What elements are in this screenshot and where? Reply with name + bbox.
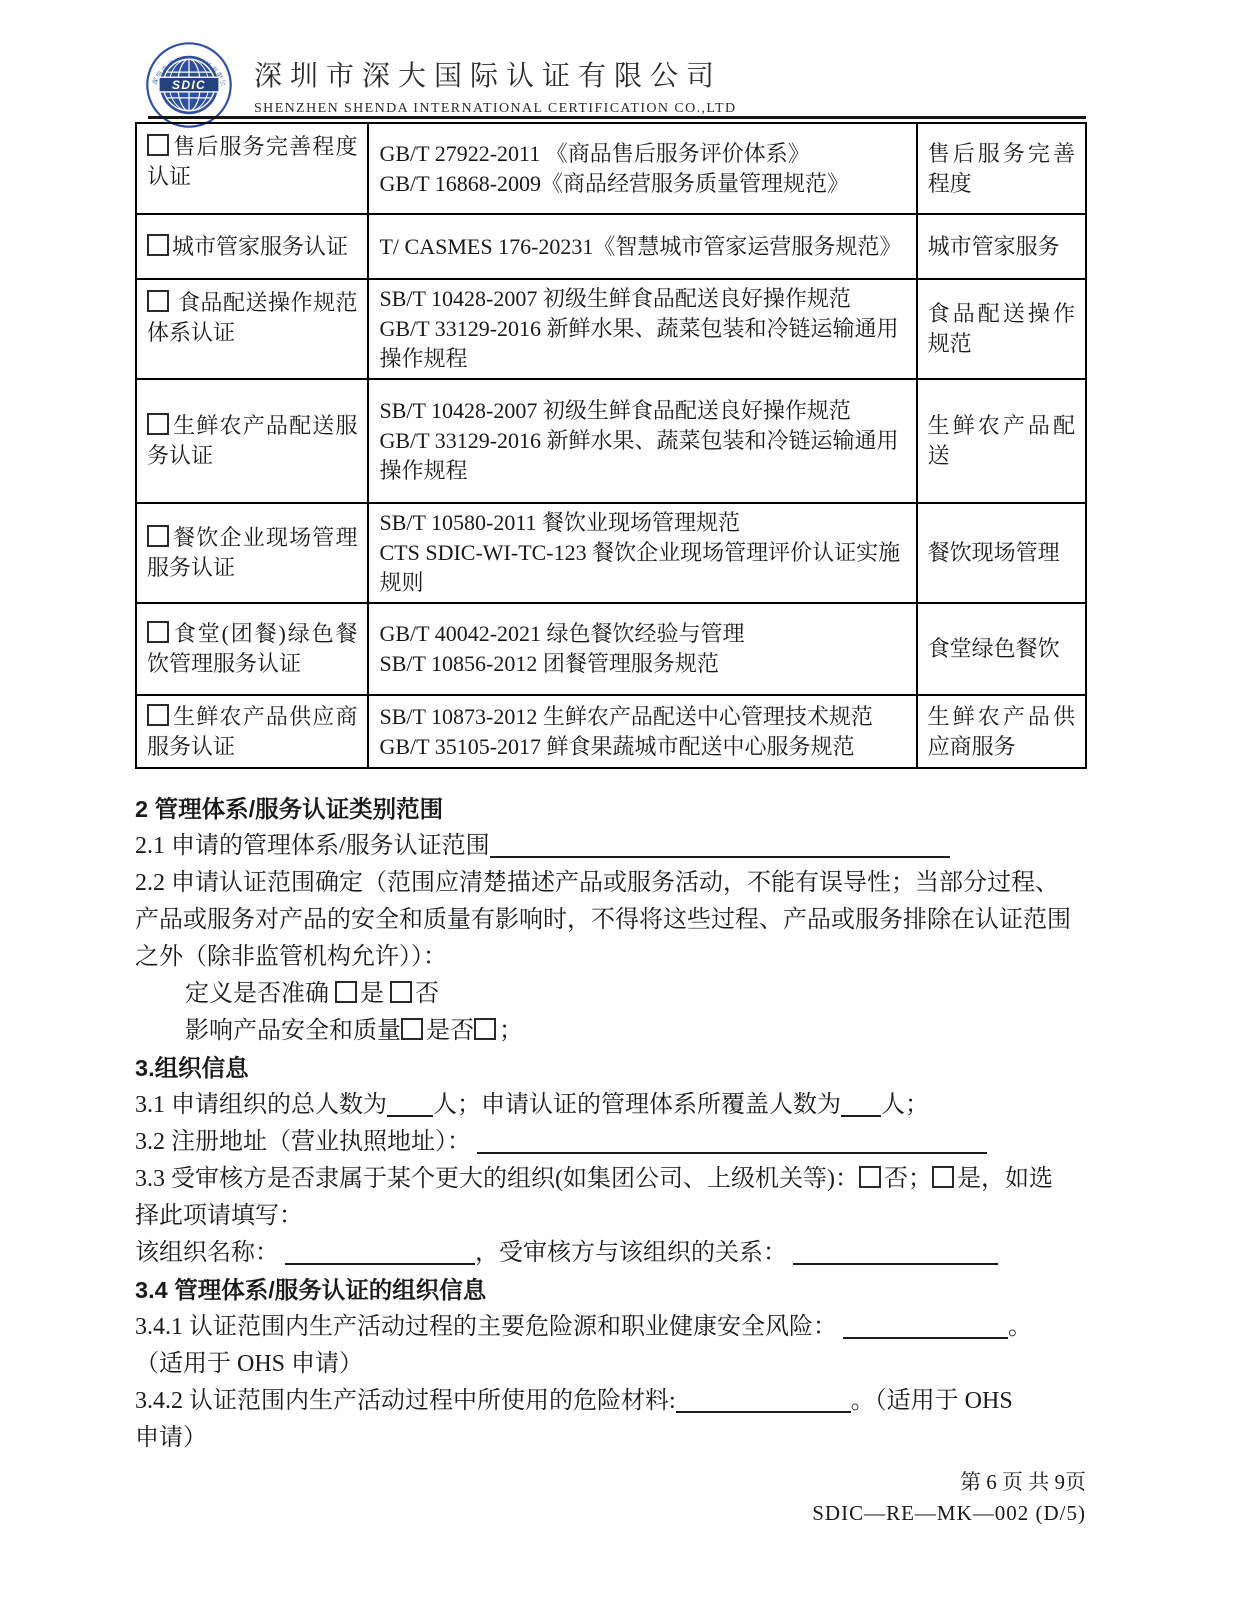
- category-label: 食堂(团餐)绿色餐饮管理服务认证: [147, 621, 357, 676]
- line-definition-accurate: 定义是否准确 是 否: [135, 976, 1088, 1013]
- category-label: 生鲜农产品供应商服务认证: [147, 704, 357, 759]
- category-label: 城市管家服务认证: [172, 234, 348, 259]
- category-cell: 城市管家服务认证: [136, 214, 368, 279]
- line-3-4-1a: 3.4.1 认证范围内生产活动过程的主要危险源和职业健康安全风险： 。: [135, 1309, 1088, 1346]
- document-content: 售后服务完善程度认证GB/T 27922-2011 《商品售后服务评价体系》GB…: [135, 122, 1088, 1529]
- text-segment: 3.3 受审核方是否隶属于某个更大的组织(如集团公司、上级机关等)：: [135, 1166, 859, 1192]
- scope-cell: 食堂绿色餐饮: [917, 603, 1086, 695]
- impact-no-checkbox[interactable]: [474, 1018, 496, 1040]
- cert-table-body: 售后服务完善程度认证GB/T 27922-2011 《商品售后服务评价体系》GB…: [136, 123, 1086, 768]
- standards-cell: GB/T 40042-2021 绿色餐饮经验与管理SB/T 10856-2012…: [368, 603, 916, 695]
- text-segment: 否；: [884, 1166, 932, 1192]
- row-checkbox[interactable]: [147, 704, 169, 726]
- standard-line: SB/T 10580-2011 餐饮业现场管理规范: [379, 508, 905, 538]
- line-3-3-1: 3.3 受审核方是否隶属于某个更大的组织(如集团公司、上级机关等)：否；是，如选: [135, 1161, 1088, 1198]
- blank-field[interactable]: [490, 834, 950, 858]
- category-cell: 生鲜农产品供应商服务认证: [136, 695, 368, 768]
- text-segment: 申请）: [135, 1425, 207, 1451]
- text-segment: 3.1 申请组织的总人数为: [135, 1092, 387, 1118]
- table-row: 生鲜农产品配送服务认证SB/T 10428-2007 初级生鲜食品配送良好操作规…: [136, 379, 1086, 503]
- category-cell: 售后服务完善程度认证: [136, 123, 368, 214]
- line-3-2: 3.2 注册地址（营业执照地址）：: [135, 1124, 1088, 1161]
- text-segment: 否: [415, 981, 439, 1007]
- row-checkbox[interactable]: [147, 234, 169, 256]
- standards-cell: SB/T 10428-2007 初级生鲜食品配送良好操作规范GB/T 33129…: [368, 279, 916, 379]
- scope-label: 城市管家服务: [928, 234, 1060, 259]
- text-segment: 3.4 管理体系/服务认证的组织信息: [135, 1277, 486, 1303]
- category-label: 食品配送操作规范体系认证: [147, 290, 357, 345]
- scope-cell: 售后服务完善程度: [917, 123, 1086, 214]
- text-segment: 3.4.1 认证范围内生产活动过程的主要危险源和职业健康安全风险：: [135, 1314, 843, 1340]
- impact-yes-checkbox[interactable]: [401, 1018, 423, 1040]
- category-label: 生鲜农产品配送服务认证: [147, 413, 357, 468]
- blank-field[interactable]: [387, 1093, 433, 1117]
- standard-line: GB/T 33129-2016 新鲜水果、蔬菜包装和冷链运输通用操作规程: [379, 314, 905, 374]
- line-3-4-2b: 申请）: [135, 1420, 1088, 1457]
- line-2-2-3: 之外（除非监管机构允许））：: [135, 939, 1088, 976]
- row-checkbox[interactable]: [147, 134, 169, 156]
- table-row: 食品配送操作规范体系认证SB/T 10428-2007 初级生鲜食品配送良好操作…: [136, 279, 1086, 379]
- section-3-heading: 3.组织信息: [135, 1050, 1088, 1087]
- document-page: 深圳市深大国际认证有限公司 SDIC 深圳市深大国际认证有限公司 SHENZHE…: [0, 0, 1236, 1600]
- scope-label: 售后服务完善程度: [928, 141, 1075, 196]
- section-3-4-heading: 3.4 管理体系/服务认证的组织信息: [135, 1272, 1088, 1309]
- standards-cell: GB/T 27922-2011 《商品售后服务评价体系》GB/T 16868-2…: [368, 123, 916, 214]
- table-row: 餐饮企业现场管理服务认证SB/T 10580-2011 餐饮业现场管理规范CTS…: [136, 503, 1086, 603]
- scope-label: 餐饮现场管理: [928, 540, 1060, 565]
- scope-label: 生鲜农产品供应商服务: [928, 704, 1075, 759]
- standards-cell: SB/T 10428-2007 初级生鲜食品配送良好操作规范GB/T 33129…: [368, 379, 916, 503]
- table-row: 城市管家服务认证T/ CASMES 176-20231《智慧城市管家运营服务规范…: [136, 214, 1086, 279]
- line-2-2-1: 2.2 申请认证范围确定（范围应清楚描述产品或服务活动，不能有误导性；当部分过程…: [135, 865, 1088, 902]
- scope-cell: 城市管家服务: [917, 214, 1086, 279]
- standard-line: GB/T 40042-2021 绿色餐饮经验与管理: [379, 619, 905, 649]
- blank-field[interactable]: [841, 1093, 881, 1117]
- text-segment: 产品或服务对产品的安全和质量有影响时，不得将这些过程、产品或服务排除在认证范围: [135, 907, 1071, 933]
- text-segment: 定义是否准确: [185, 981, 335, 1007]
- scope-cell: 生鲜农产品配送: [917, 379, 1086, 503]
- line-org-name: 该组织名称： ，受审核方与该组织的关系：: [135, 1235, 1088, 1272]
- line-3-4-1b: （适用于 OHS 申请）: [135, 1346, 1088, 1383]
- scope-cell: 食品配送操作规范: [917, 279, 1086, 379]
- line-2-1: 2.1 申请的管理体系/服务认证范围: [135, 828, 1088, 865]
- certification-table: 售后服务完善程度认证GB/T 27922-2011 《商品售后服务评价体系》GB…: [135, 122, 1087, 769]
- standard-line: GB/T 35105-2017 鲜食果蔬城市配送中心服务规范: [379, 732, 905, 762]
- blank-field[interactable]: [676, 1389, 851, 1413]
- header-divider: [148, 116, 1086, 119]
- table-row: 生鲜农产品供应商服务认证SB/T 10873-2012 生鲜农产品配送中心管理技…: [136, 695, 1086, 768]
- standard-line: SB/T 10856-2012 团餐管理服务规范: [379, 649, 905, 679]
- standard-line: SB/T 10873-2012 生鲜农产品配送中心管理技术规范: [379, 702, 905, 732]
- row-checkbox[interactable]: [147, 525, 169, 547]
- company-name-block: 深圳市深大国际认证有限公司 SHENZHEN SHENDA INTERNATIO…: [254, 54, 737, 117]
- standard-line: SB/T 10428-2007 初级生鲜食品配送良好操作规范: [379, 284, 905, 314]
- text-segment: 是否: [426, 1018, 474, 1044]
- scope-label: 食堂绿色餐饮: [928, 636, 1060, 661]
- blank-field[interactable]: [793, 1241, 998, 1265]
- text-segment: 3.2 注册地址（营业执照地址）：: [135, 1129, 477, 1155]
- text-segment: 人；: [881, 1092, 929, 1118]
- text-segment: 该组织名称：: [135, 1240, 285, 1266]
- page-footer: 第 6 页 共 9页 SDIC—RE—MK—002 (D/5): [135, 1467, 1088, 1529]
- scope-label: 食品配送操作规范: [928, 301, 1075, 356]
- row-checkbox[interactable]: [147, 413, 169, 435]
- text-segment: 3.4.2 认证范围内生产活动过程中所使用的危险材料:: [135, 1388, 676, 1414]
- line-3-4-2a: 3.4.2 认证范围内生产活动过程中所使用的危险材料:。（适用于 OHS: [135, 1383, 1088, 1420]
- scope-cell: 生鲜农产品供应商服务: [917, 695, 1086, 768]
- text-segment: 3.组织信息: [135, 1055, 249, 1081]
- standard-line: GB/T 27922-2011 《商品售后服务评价体系》: [379, 139, 905, 169]
- category-cell: 餐饮企业现场管理服务认证: [136, 503, 368, 603]
- standard-line: T/ CASMES 176-20231《智慧城市管家运营服务规范》: [379, 232, 905, 262]
- category-cell: 食品配送操作规范体系认证: [136, 279, 368, 379]
- text-segment: 2.1 申请的管理体系/服务认证范围: [135, 833, 490, 859]
- text-segment: 之外（除非监管机构允许））：: [135, 944, 447, 970]
- text-segment: （适用于 OHS 申请）: [135, 1351, 363, 1377]
- line-impact-safety: 影响产品安全和质量是否；: [135, 1013, 1088, 1050]
- category-cell: 生鲜农产品配送服务认证: [136, 379, 368, 503]
- text-segment: 。: [1008, 1314, 1032, 1340]
- scope-label: 生鲜农产品配送: [928, 413, 1075, 468]
- definition-no-checkbox[interactable]: [390, 981, 412, 1003]
- body-content: 2 管理体系/服务认证类别范围2.1 申请的管理体系/服务认证范围2.2 申请认…: [135, 791, 1088, 1457]
- line-3-1: 3.1 申请组织的总人数为人；申请认证的管理体系所覆盖人数为人；: [135, 1087, 1088, 1124]
- category-cell: 食堂(团餐)绿色餐饮管理服务认证: [136, 603, 368, 695]
- scope-cell: 餐饮现场管理: [917, 503, 1086, 603]
- standard-line: GB/T 16868-2009《商品经营服务质量管理规范》: [379, 169, 905, 199]
- standards-cell: SB/T 10873-2012 生鲜农产品配送中心管理技术规范GB/T 3510…: [368, 695, 916, 768]
- standard-line: GB/T 33129-2016 新鲜水果、蔬菜包装和冷链运输通用操作规程: [379, 426, 905, 486]
- standard-line: CTS SDIC-WI-TC-123 餐饮企业现场管理评价认证实施规则: [379, 538, 905, 598]
- document-code: SDIC—RE—MK—002 (D/5): [135, 1498, 1086, 1529]
- category-label: 餐饮企业现场管理服务认证: [147, 525, 357, 580]
- line-2-2-2: 产品或服务对产品的安全和质量有影响时，不得将这些过程、产品或服务排除在认证范围: [135, 902, 1088, 939]
- line-3-3-2: 择此项请填写：: [135, 1198, 1088, 1235]
- company-name-cn: 深圳市深大国际认证有限公司: [254, 54, 737, 94]
- standards-cell: SB/T 10580-2011 餐饮业现场管理规范CTS SDIC-WI-TC-…: [368, 503, 916, 603]
- company-name-en: SHENZHEN SHENDA INTERNATIONAL CERTIFICAT…: [254, 101, 737, 117]
- row-checkbox[interactable]: [147, 621, 169, 643]
- definition-yes-checkbox[interactable]: [335, 981, 357, 1003]
- subsidiary-yes-checkbox[interactable]: [932, 1166, 954, 1188]
- table-row: 售后服务完善程度认证GB/T 27922-2011 《商品售后服务评价体系》GB…: [136, 123, 1086, 214]
- text-segment: 人；申请认证的管理体系所覆盖人数为: [433, 1092, 841, 1118]
- text-segment: ；: [499, 1018, 523, 1044]
- section-2-heading: 2 管理体系/服务认证类别范围: [135, 791, 1088, 828]
- blank-field[interactable]: [477, 1130, 987, 1154]
- text-segment: 择此项请填写：: [135, 1203, 303, 1229]
- text-segment: 影响产品安全和质量: [185, 1018, 401, 1044]
- category-label: 售后服务完善程度认证: [147, 134, 357, 189]
- subsidiary-no-checkbox[interactable]: [859, 1166, 881, 1188]
- row-checkbox[interactable]: [147, 290, 169, 312]
- standards-cell: T/ CASMES 176-20231《智慧城市管家运营服务规范》: [368, 214, 916, 279]
- table-row: 食堂(团餐)绿色餐饮管理服务认证GB/T 40042-2021 绿色餐饮经验与管…: [136, 603, 1086, 695]
- text-segment: 是: [360, 981, 390, 1007]
- text-segment: 2 管理体系/服务认证类别范围: [135, 796, 443, 822]
- standard-line: SB/T 10428-2007 初级生鲜食品配送良好操作规范: [379, 396, 905, 426]
- blank-field[interactable]: [843, 1315, 1008, 1339]
- svg-text:SDIC: SDIC: [172, 78, 206, 92]
- text-segment: 。（适用于 OHS: [851, 1388, 1013, 1414]
- text-segment: 2.2 申请认证范围确定（范围应清楚描述产品或服务活动，不能有误导性；当部分过程…: [135, 870, 1059, 896]
- text-segment: 是，如选: [957, 1166, 1053, 1192]
- page-number: 第 6 页 共 9页: [135, 1467, 1086, 1498]
- text-segment: ，受审核方与该组织的关系：: [475, 1240, 793, 1266]
- blank-field[interactable]: [285, 1241, 475, 1265]
